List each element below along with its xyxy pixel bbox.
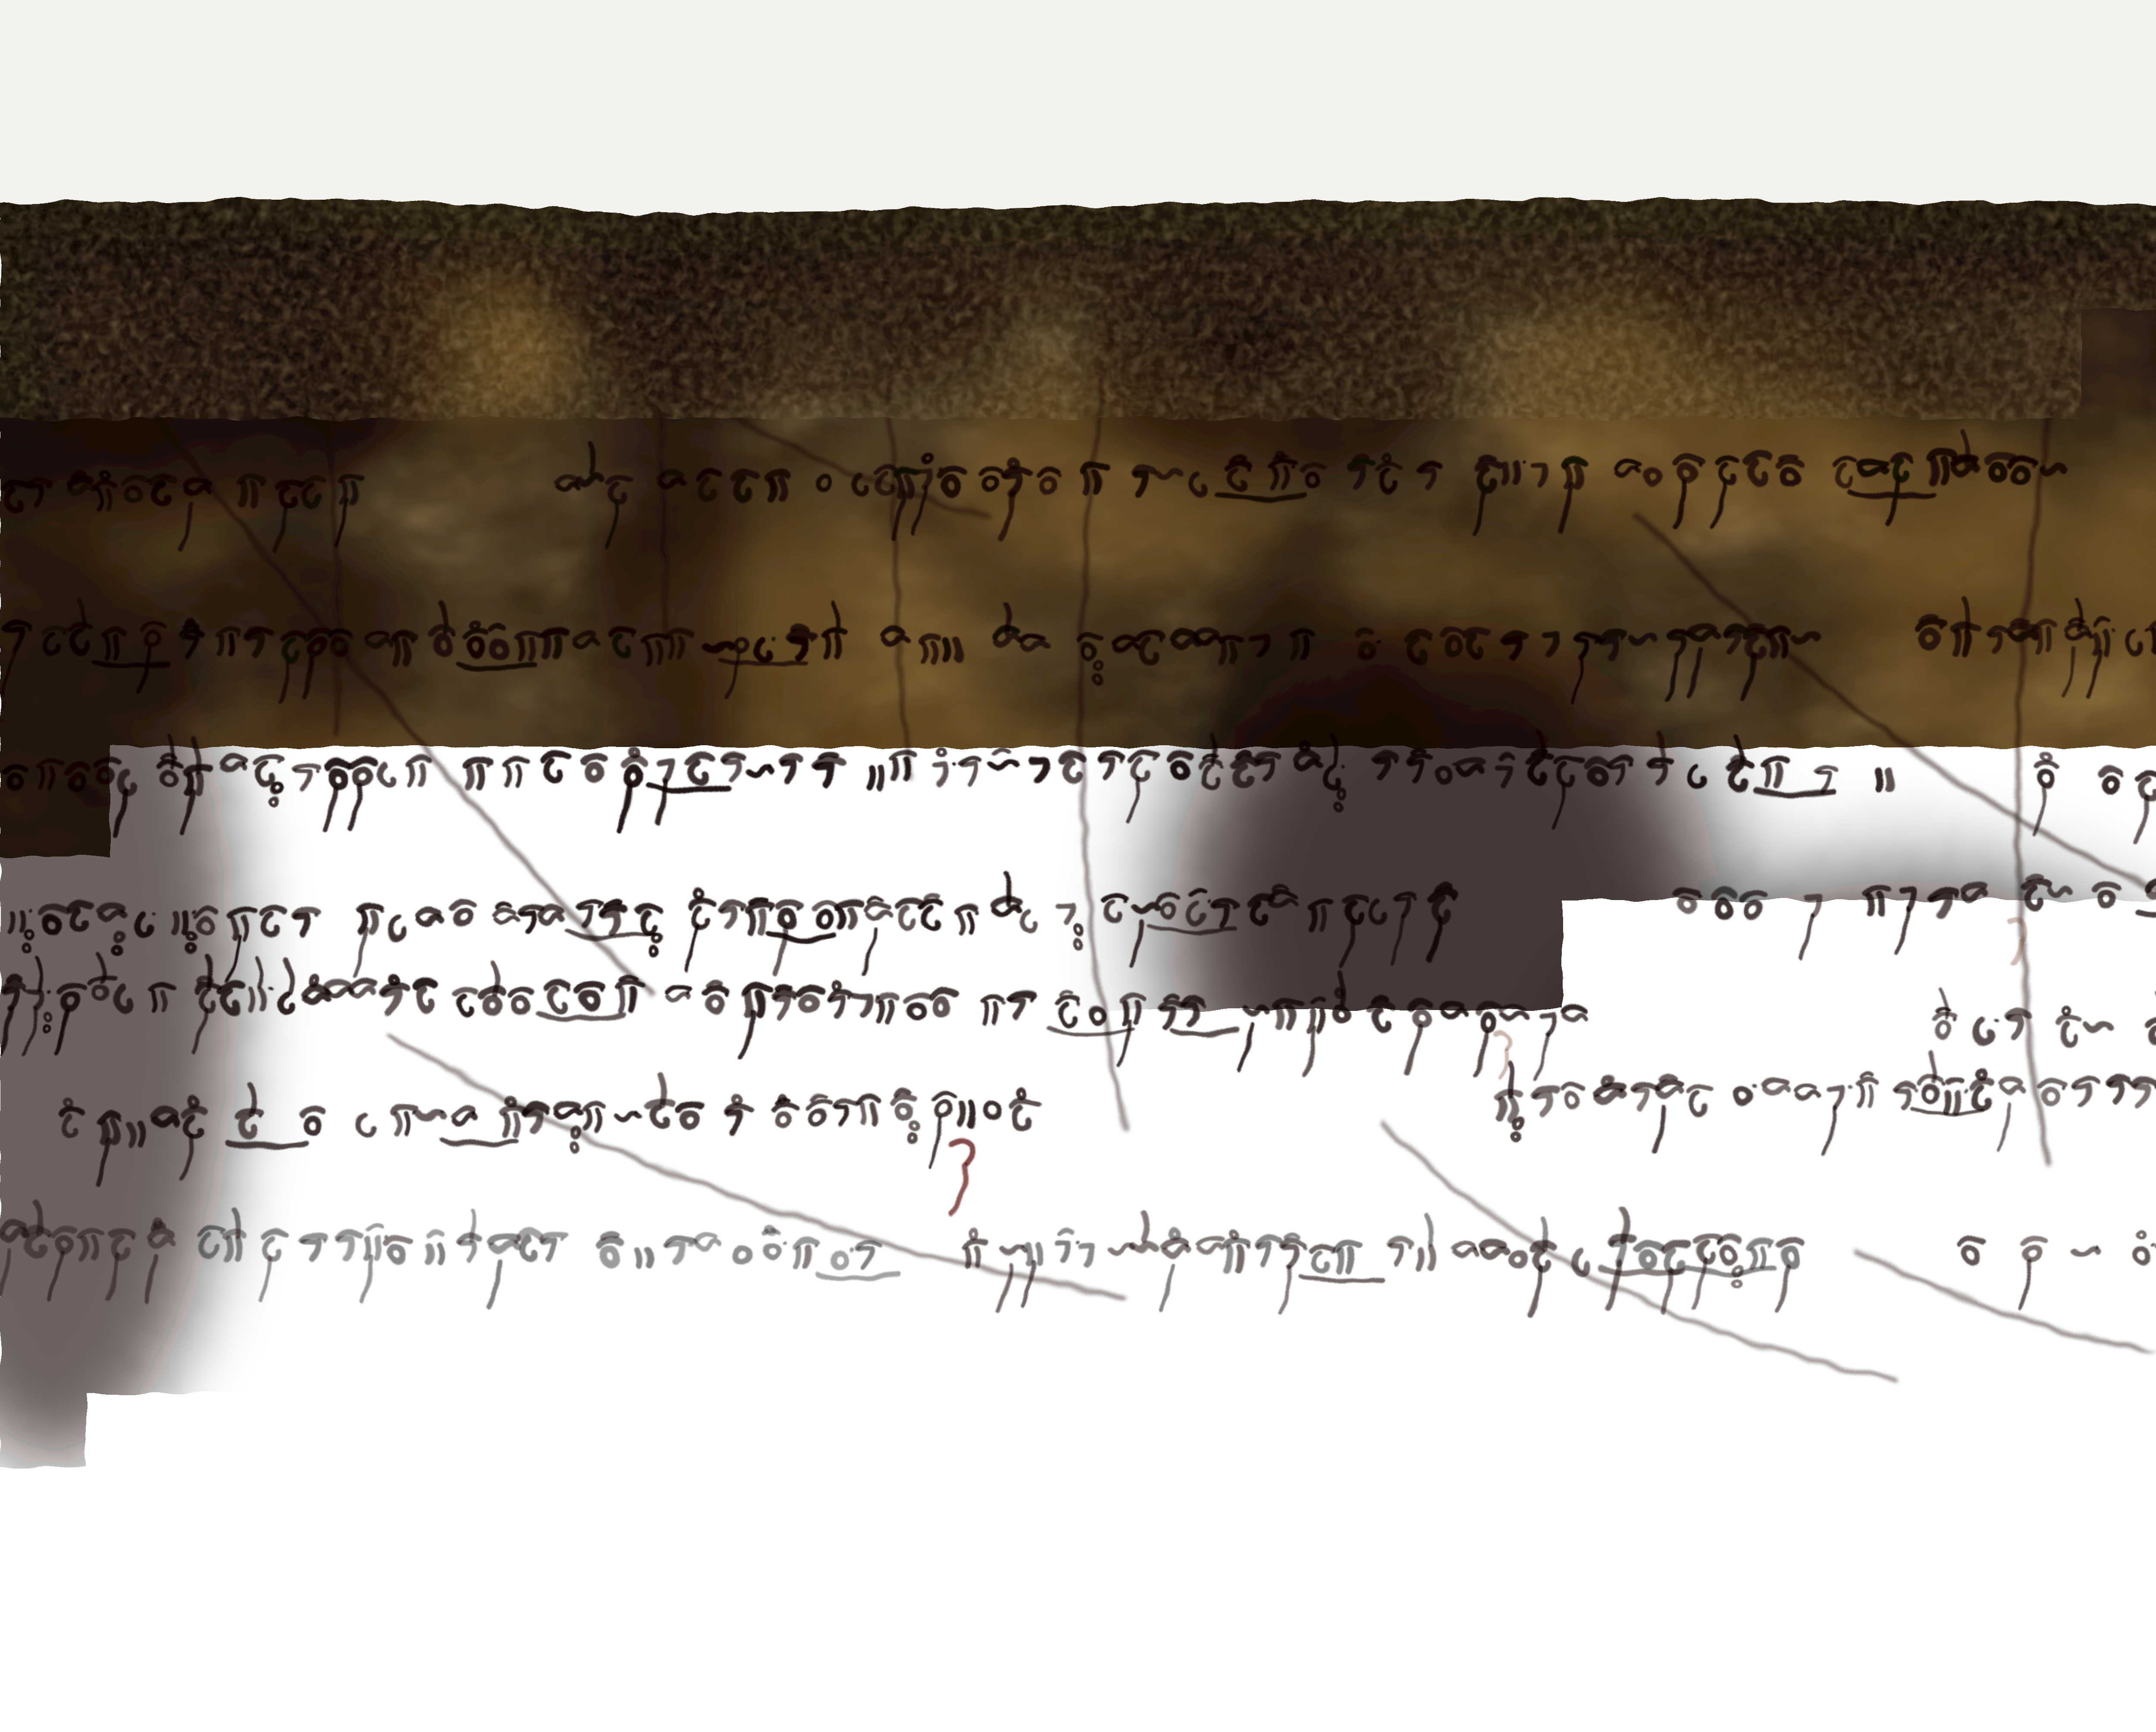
paper-leaf (0, 151, 2156, 1531)
paper-surface (0, 151, 2156, 1531)
manuscript-photo (0, 0, 2156, 1732)
photo-backdrop: Backlit photograph of a single long leaf… (0, 0, 2156, 1732)
manuscript-sheet (0, 151, 2156, 1531)
